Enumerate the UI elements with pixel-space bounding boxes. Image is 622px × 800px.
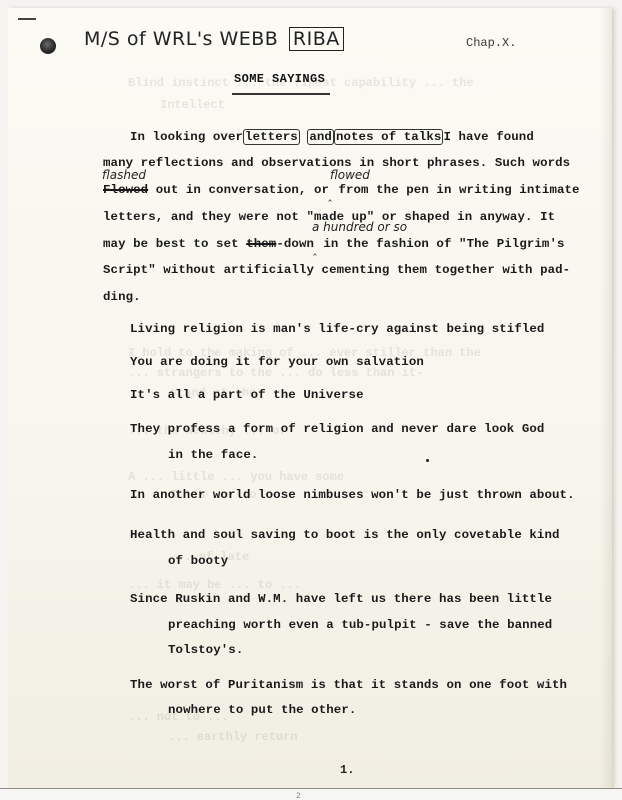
intro-line-5: may be best to set them-down‸ in the fas… <box>103 237 565 251</box>
handwritten-insert-flashed: flashed <box>102 168 146 182</box>
next-page-number: 2 <box>296 792 301 800</box>
saying-6-line-1: Health and soul saving to boot is the on… <box>130 528 560 542</box>
intro-text: I have found <box>443 130 533 144</box>
chapter-label: Chap.X. <box>466 36 516 50</box>
intro-line-6: Script" without artificially cementing t… <box>103 263 570 277</box>
struck-word: Flowed <box>103 183 148 197</box>
show-through-text: A ... little ... you have some <box>128 470 344 484</box>
handwritten-archive-note: M/S of WRL's WEBB RIBA <box>84 28 344 50</box>
intro-line-7: ding. <box>103 290 141 304</box>
intro-text: from the pen in writing intimate <box>331 183 580 197</box>
stray-dot <box>426 459 429 462</box>
page-number: 1. <box>340 763 354 777</box>
saying-2: You are doing it for your own salvation <box>130 355 424 369</box>
show-through-text: ... earthly return <box>168 730 298 744</box>
intro-text: in the fashion of "The Pilgrim's <box>316 237 565 251</box>
page-bottom-edge <box>0 788 622 800</box>
intro-line-1: In looking overletters andnotes of talks… <box>130 130 534 144</box>
show-through-text: ... it may be ... to ... <box>128 578 301 592</box>
saying-7-line-2: preaching worth even a tub-pulpit - save… <box>168 618 552 632</box>
struck-word: them <box>246 237 276 251</box>
corner-mark <box>18 18 36 20</box>
handwritten-insert-flowed: flowed <box>330 168 370 182</box>
archive-note-text: M/S of WRL's WEBB <box>84 28 278 50</box>
intro-text: -down <box>276 237 314 251</box>
intro-text: may be best to set <box>103 237 246 251</box>
document-title: SOME SAYINGS <box>234 72 325 86</box>
saying-5: In another world loose nimbuses won't be… <box>130 488 575 502</box>
bracketed-word: and <box>307 129 334 145</box>
insertion-caret-icon: ‸ <box>313 243 317 256</box>
saying-4-line-2: in the face. <box>168 448 258 462</box>
title-underline <box>232 93 330 95</box>
saying-1: Living religion is man's life-cry agains… <box>130 322 544 336</box>
handwritten-insert-hundred: a hundred or so <box>312 220 407 234</box>
intro-line-3: Flowed out in conversation, or‸ from the… <box>103 183 580 197</box>
saying-7-line-1: Since Ruskin and W.M. have left us there… <box>130 592 552 606</box>
punch-hole-icon <box>40 38 56 54</box>
saying-7-line-3: Tolstoy's. <box>168 643 243 657</box>
saying-3: It's all a part of the Universe <box>130 388 364 402</box>
bracketed-phrase: notes of talks <box>334 129 444 145</box>
intro-text: In looking over <box>130 130 243 144</box>
archive-note-boxed: RIBA <box>289 27 344 51</box>
saying-6-line-2: of booty <box>168 554 228 568</box>
saying-4-line-1: They profess a form of religion and neve… <box>130 422 544 436</box>
saying-8-line-1: The worst of Puritanism is that it stand… <box>130 678 567 692</box>
insertion-caret-icon: ‸ <box>328 189 332 202</box>
saying-8-line-2: nowhere to put the other. <box>168 703 356 717</box>
bracketed-word: letters <box>243 129 300 145</box>
intro-text: out in conversation, or <box>148 183 329 197</box>
show-through-text: Intellect <box>160 98 225 112</box>
